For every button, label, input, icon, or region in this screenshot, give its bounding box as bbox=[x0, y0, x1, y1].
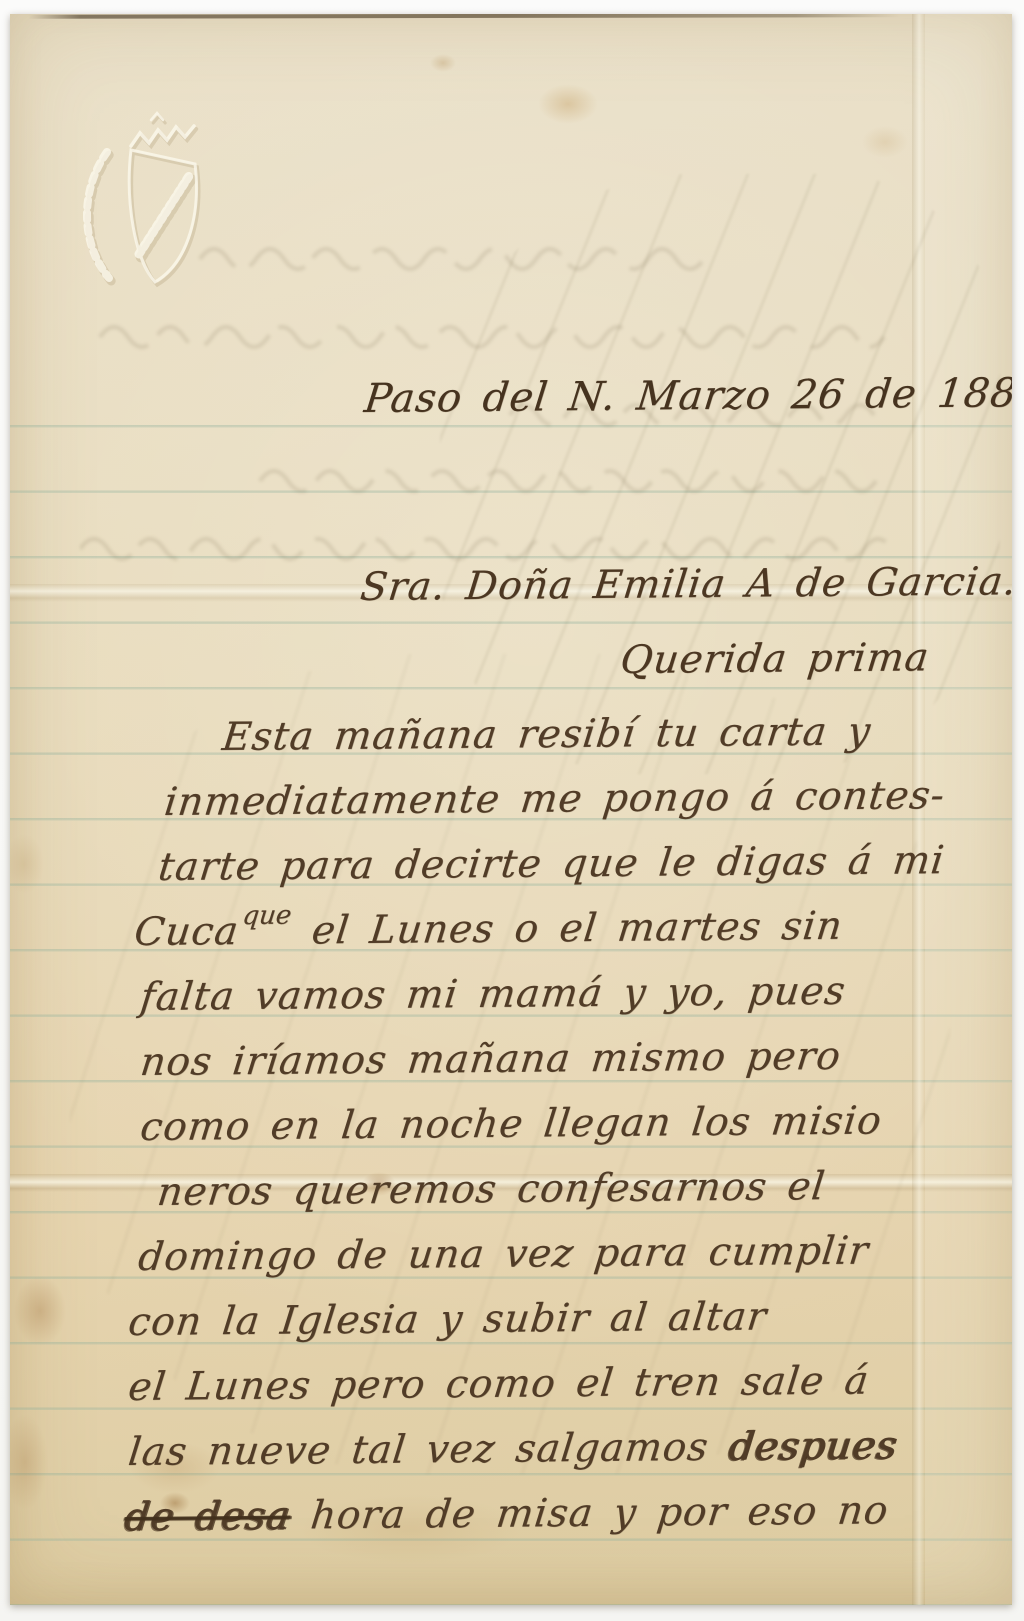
body-line-11: el Lunes pero como el tren sale á bbox=[126, 1359, 872, 1410]
body-line-13: de desa hora de misa y por eso no bbox=[122, 1488, 891, 1540]
body-line-4-rest: el Lunes o el martes sin bbox=[309, 904, 845, 954]
dateline: Paso del N. Marzo 26 de 1886. bbox=[362, 370, 1012, 422]
stain bbox=[14, 1276, 66, 1346]
body-line-5: falta vamos mi mamá y yo, pues bbox=[138, 969, 848, 1020]
body-line-10: con la Iglesia y subir al altar bbox=[126, 1294, 769, 1345]
body-line-8: neros queremos confesarnos el bbox=[155, 1164, 828, 1215]
body-line-1: Esta mañana resibí tu carta y bbox=[220, 709, 873, 760]
body-line-2: inmediatamente me pongo á contes- bbox=[162, 773, 947, 825]
body-line-7: como en la noche llegan los misio bbox=[138, 1099, 884, 1150]
body-line-12: las nueve tal vez salgamos despues bbox=[126, 1423, 900, 1475]
stain bbox=[430, 54, 456, 72]
body-line-12-text: las nueve tal vez salgamos bbox=[126, 1425, 711, 1475]
body-line-9: domingo de una vez para cumplir bbox=[136, 1229, 871, 1280]
body-line-3: tarte para decirte que le digas á mi bbox=[156, 838, 947, 890]
body-line-4: Cucaque el Lunes o el martes sin bbox=[132, 904, 845, 955]
scan-background: Paso del N. Marzo 26 de 1886. Sra. Doña … bbox=[0, 0, 1024, 1621]
stain bbox=[538, 84, 598, 124]
recipient-line: Sra. Doña Emilia A de Garcia. bbox=[358, 559, 1012, 610]
salutation-line: Querida prima bbox=[618, 635, 932, 683]
stain bbox=[862, 126, 908, 158]
inserted-word-above-line: que bbox=[241, 901, 293, 931]
body-line-4-word: Cuca bbox=[132, 909, 241, 955]
struck-out-word: de desa bbox=[122, 1494, 293, 1540]
body-line-6: nos iríamos mañana mismo pero bbox=[138, 1034, 843, 1085]
body-line-13-text: hora de misa y por eso no bbox=[308, 1488, 891, 1538]
page-top-edge-shadow bbox=[28, 14, 900, 19]
letter-page: Paso del N. Marzo 26 de 1886. Sra. Doña … bbox=[10, 14, 1012, 1605]
overwritten-word: despues bbox=[726, 1423, 900, 1469]
